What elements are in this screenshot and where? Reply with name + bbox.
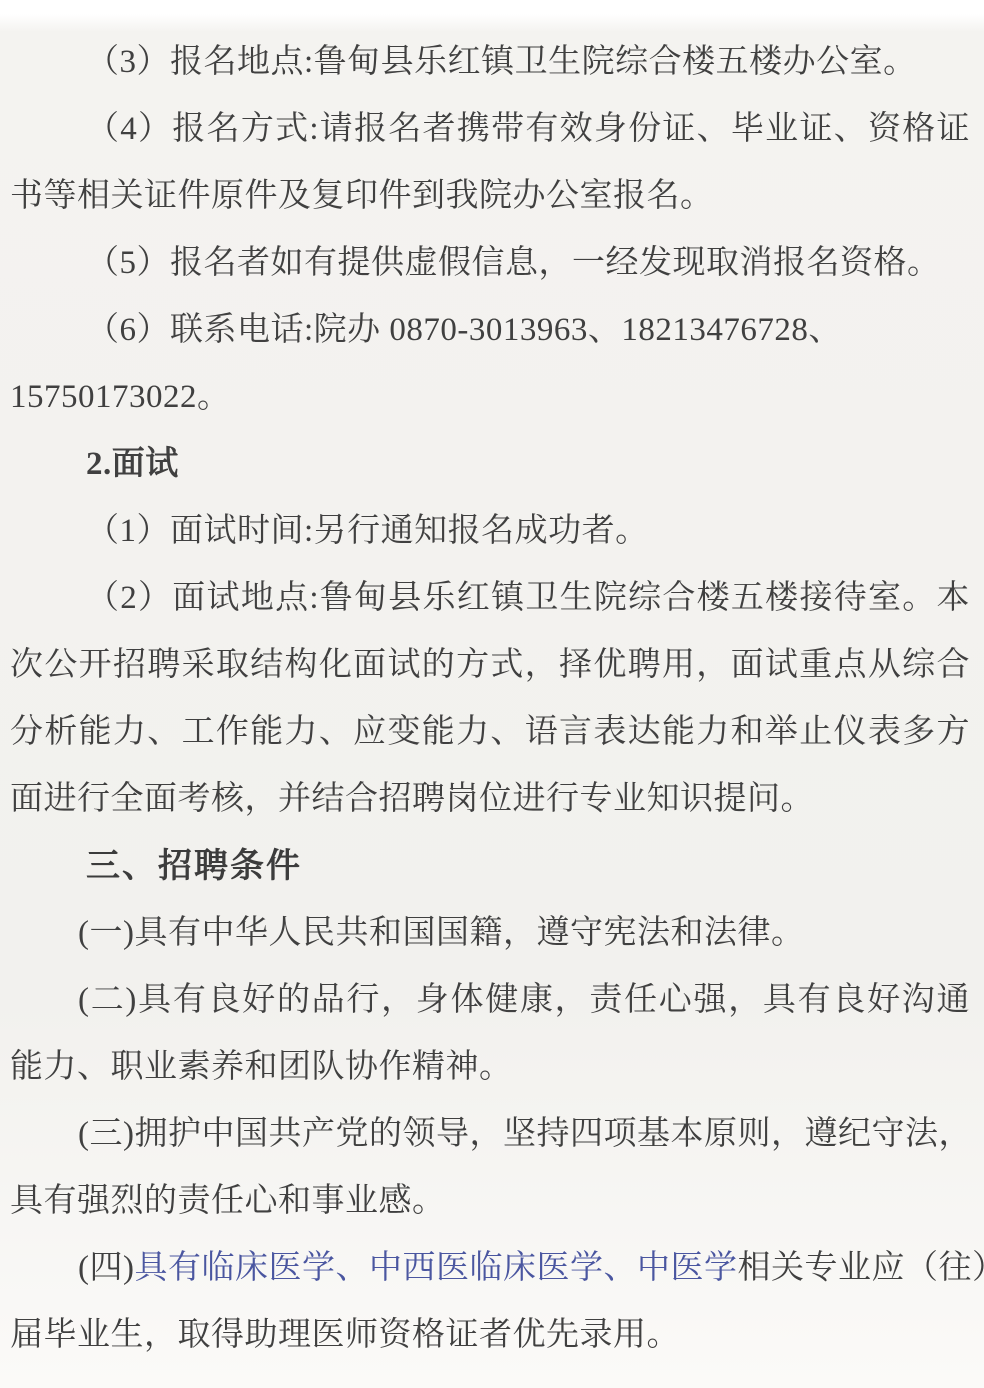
line-condition-4a: (四)具有临床医学、中西医临床医学、中医学相关专业应（往） <box>0 1235 984 1302</box>
line-condition-2a: (二)具有良好的品行，身体健康，责任心强，具有良好沟通 <box>0 967 984 1034</box>
line-interview-location-4: 面进行全面考核，并结合招聘岗位进行专业知识提问。 <box>0 766 984 833</box>
line-condition-1: (一)具有中华人民共和国国籍，遵守宪法和法律。 <box>0 900 984 967</box>
line-condition-3b: 具有强烈的责任心和事业感。 <box>0 1168 984 1235</box>
specialty-links[interactable]: 具有临床医学、中西医临床医学、中医学 <box>134 1250 737 1286</box>
document-page: （3）报名地点:鲁甸县乐红镇卫生院综合楼五楼办公室。 （4）报名方式:请报名者携… <box>0 0 984 1388</box>
condition-4-prefix: (四) <box>78 1250 134 1286</box>
line-registration-method-1: （4）报名方式:请报名者携带有效身份证、毕业证、资格证 <box>0 96 984 163</box>
line-registration-location: （3）报名地点:鲁甸县乐红镇卫生院综合楼五楼办公室。 <box>0 29 984 96</box>
line-interview-time: （1）面试时间:另行通知报名成功者。 <box>0 498 984 565</box>
line-interview-location-2: 次公开招聘采取结构化面试的方式，择优聘用，面试重点从综合 <box>0 632 984 699</box>
line-contact-phone-1: （6）联系电话:院办 0870-3013963、18213476728、 <box>0 297 984 364</box>
line-condition-3a: (三)拥护中国共产党的领导，坚持四项基本原则，遵纪守法， <box>0 1101 984 1168</box>
heading-interview: 2.面试 <box>0 431 984 498</box>
line-registration-method-2: 书等相关证件原件及复印件到我院办公室报名。 <box>0 163 984 230</box>
line-contact-phone-2: 15750173022。 <box>0 364 984 431</box>
line-condition-2b: 能力、职业素养和团队协作精神。 <box>0 1034 984 1101</box>
line-interview-location-3: 分析能力、工作能力、应变能力、语言表达能力和举止仪表多方 <box>0 699 984 766</box>
line-interview-location-1: （2）面试地点:鲁甸县乐红镇卫生院综合楼五楼接待室。本 <box>0 565 984 632</box>
line-condition-4b: 届毕业生，取得助理医师资格证者优先录用。 <box>0 1302 984 1369</box>
line-false-info-warning: （5）报名者如有提供虚假信息，一经发现取消报名资格。 <box>0 230 984 297</box>
heading-recruitment-conditions: 三、招聘条件 <box>0 833 984 900</box>
condition-4-suffix: 相关专业应（往） <box>737 1250 984 1286</box>
